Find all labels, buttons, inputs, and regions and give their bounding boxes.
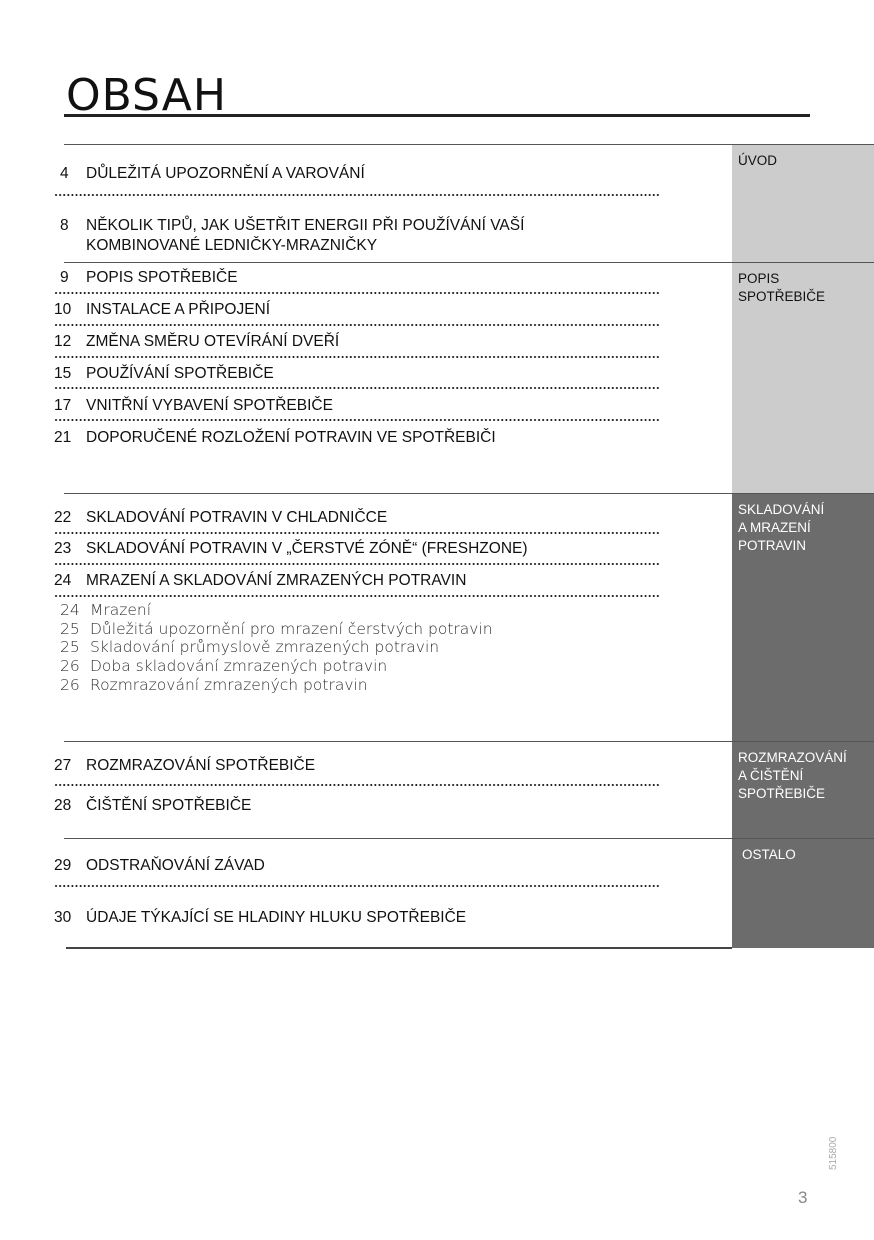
toc-entry[interactable]: 24MRAZENÍ A SKLADOVÁNÍ ZMRAZENÝCH POTRAV… [54,571,660,591]
toc-entry[interactable]: 23SKLADOVÁNÍ POTRAVIN V „ČERSTVÉ ZÓNĚ“ (… [54,539,660,559]
section-tab-ostalo: OSTALO [732,839,874,948]
toc-subentry[interactable]: 25Skladování průmyslově zmrazených potra… [60,638,439,657]
section-tab-popis: POPISSPOTŘEBIČE [732,263,874,493]
toc-entry[interactable]: 8 NĚKOLIK TIPŮ, JAK UŠETŘIT ENERGII PŘI … [54,216,660,256]
toc-entry[interactable]: 10INSTALACE A PŘIPOJENÍ [54,300,660,320]
toc-entry[interactable]: 21DOPORUČENÉ ROZLOŽENÍ POTRAVIN VE SPOTŘ… [54,428,660,448]
page-number: 3 [798,1188,807,1208]
toc-section-ostalo: OSTALO [64,838,874,948]
section-tab-rozmrazovani: ROZMRAZOVÁNÍA ČIŠTĚNÍSPOTŘEBIČE [732,742,874,838]
toc-entry[interactable]: 9POPIS SPOTŘEBIČE [54,268,660,288]
toc-entry[interactable]: 22SKLADOVÁNÍ POTRAVIN V CHLADNIČCE [54,508,660,528]
dotted-divider [54,356,660,358]
section-tab-uvod: ÚVOD [732,145,874,262]
toc-entry[interactable]: 4 DŮLEŽITÁ UPOZORNĚNÍ A VAROVÁNÍ [54,164,660,184]
dotted-divider [54,595,660,597]
document-code: 515800 [828,1137,839,1170]
section-tab-skladovani: SKLADOVÁNÍA MRAZENÍPOTRAVIN [732,494,874,741]
toc-entry[interactable]: 27ROZMRAZOVÁNÍ SPOTŘEBIČE [54,756,660,776]
toc-subentry[interactable]: 26Rozmrazování zmrazených potravin [60,676,368,695]
dotted-divider [54,532,660,534]
dotted-divider [54,387,660,389]
title-underline [64,114,810,117]
toc-subentry[interactable]: 25Důležitá upozornění pro mrazení čerstv… [60,620,493,639]
toc-entry[interactable]: 12ZMĚNA SMĚRU OTEVÍRÁNÍ DVEŘÍ [54,332,660,352]
toc-subentry[interactable]: 24Mrazení [60,601,151,620]
toc-entry[interactable]: 29ODSTRAŇOVÁNÍ ZÁVAD [54,856,660,876]
dotted-divider [54,784,660,786]
dotted-divider [54,885,660,887]
bottom-rule [66,947,732,949]
toc-section-skladovani: SKLADOVÁNÍA MRAZENÍPOTRAVIN [64,493,874,741]
toc-entry[interactable]: 17VNITŘNÍ VYBAVENÍ SPOTŘEBIČE [54,396,660,416]
dotted-divider [54,194,660,196]
toc-subentry[interactable]: 26Doba skladování zmrazených potravin [60,657,387,676]
dotted-divider [54,419,660,421]
dotted-divider [54,292,660,294]
dotted-divider [54,563,660,565]
toc-entry[interactable]: 28ČIŠTĚNÍ SPOTŘEBIČE [54,796,660,816]
toc-entry[interactable]: 15POUŽÍVÁNÍ SPOTŘEBIČE [54,364,660,384]
toc-entry[interactable]: 30ÚDAJE TÝKAJÍCÍ SE HLADINY HLUKU SPOTŘE… [54,908,660,928]
dotted-divider [54,324,660,326]
